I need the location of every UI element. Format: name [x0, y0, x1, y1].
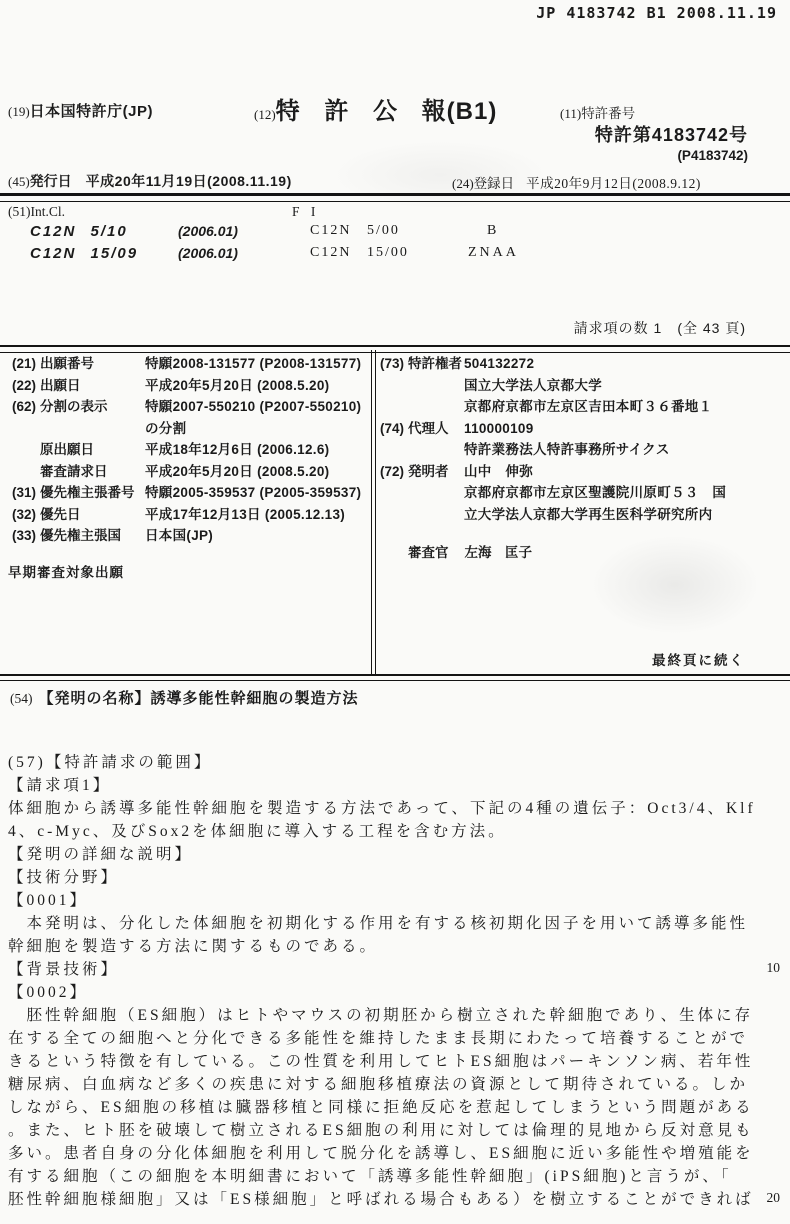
patent-number: 特許第4183742号 [595, 121, 748, 147]
body-line: 体細胞から誘導多能性幹細胞を製造する方法であって、下記の4種の遺伝子：Oct3/… [8, 796, 782, 819]
bib-value: 特許業務法人特許事務所サイクス [464, 439, 670, 461]
body-line: 【発明の詳細な説明】 [8, 842, 782, 865]
inid-22: (22) [12, 378, 36, 393]
body-line: 。また、ヒト胚を破壊して樹立されるES細胞の利用に対しては倫理的見地から反対意見… [8, 1118, 782, 1141]
bib-label: 特許権者 [408, 356, 462, 371]
body-line: 糖尿病、白血病など多くの疾患に対する細胞移植療法の資源として期待されている。しか [8, 1072, 782, 1095]
bib-value: 京都府京都市左京区聖護院川原町５３ 国 [464, 482, 726, 504]
bib-row: 審査請求日 平成20年5月20日 (2008.5.20) [12, 461, 364, 483]
bib-label: 優先権主張国 [40, 528, 121, 543]
patent-number-label: 特許番号 [581, 106, 635, 121]
bibliography-bottom-rule [0, 674, 790, 681]
bib-label: 優先権主張番号 [40, 485, 135, 500]
bib-value: 立大学法人京都大学再生医科学研究所内 [464, 504, 712, 526]
body-line: しながら、ES細胞の移植は臓器移植と同様に拒絶反応を惹起してしまうという問題があ… [8, 1095, 782, 1118]
bib-row: 立大学法人京都大学再生医科学研究所内 [380, 504, 782, 526]
continued-on-last-page-note: 最終頁に続く [652, 649, 745, 669]
body-line: 【0001】 [8, 888, 782, 911]
expedited-examination-note: 早期審査対象出願 [8, 561, 124, 581]
bibliography-column-divider [371, 350, 376, 674]
bib-row: (62)分割の表示 特願2007-550210 (P2007-550210) [12, 396, 364, 418]
inid-24: (24) [452, 176, 474, 191]
body-line: 有する細胞（この細胞を本明細書において「誘導多能性幹細胞」(iPS細胞)と言うが… [8, 1164, 782, 1187]
registration-date-row: (24)登録日平成20年9月12日(2008.9.12) [452, 172, 701, 192]
header-divider-rule [0, 193, 790, 202]
inid-33: (33) [12, 528, 36, 543]
bib-row: (72)発明者 山中 伸弥 [380, 461, 782, 483]
line-number: 20 [767, 1190, 781, 1206]
bib-value: 特願2008-131577 (P2008-131577) [145, 353, 361, 375]
inid-74: (74) [380, 421, 404, 436]
bib-label: 優先日 [40, 507, 81, 522]
bib-row: (33)優先権主張国 日本国(JP) [12, 525, 364, 547]
bib-row: 国立大学法人京都大学 [380, 375, 782, 397]
body-line: 幹細胞を製造する方法に関するものである。 [8, 934, 782, 957]
bib-value: 平成18年12月6日 (2006.12.6) [145, 439, 329, 461]
body-line: 胚性幹細胞様細胞」又は「ES様細胞」と呼ばれる場合もある）を樹立することができれ… [8, 1187, 782, 1210]
registration-date-label: 登録日 [474, 176, 515, 191]
patent-number-paren: (P4183742) [677, 148, 748, 163]
bib-row: 京都府京都市左京区聖護院川原町５３ 国 [380, 482, 782, 504]
specification-body: (57)【特許請求の範囲】 【請求項1】 体細胞から誘導多能性幹細胞を製造する方… [8, 750, 782, 1210]
inid-21: (21) [12, 356, 36, 371]
int-cl-label: (51)Int.Cl. [8, 204, 65, 220]
body-line: 【請求項1】 [8, 773, 782, 796]
classification-row: C12N 5/10 (2006.01) C12N 5/00 B [0, 223, 790, 243]
inid-11: (11) [560, 106, 581, 121]
ipc-code: C12N 5/10 [30, 223, 128, 240]
bib-value: 平成17年12月13日 (2005.12.13) [145, 504, 345, 526]
bibliography-top-rule [0, 345, 790, 353]
body-line: 【背景技術】10 [8, 957, 782, 980]
invention-title-row: (54)【発明の名称】誘導多能性幹細胞の製造方法 [10, 687, 359, 708]
invention-title: 【発明の名称】誘導多能性幹細胞の製造方法 [39, 690, 359, 707]
ipc-version: (2006.01) [178, 223, 238, 239]
body-line: 本発明は、分化した体細胞を初期化する作用を有する核初期化因子を用いて誘導多能性 [8, 911, 782, 934]
inid-72: (72) [380, 464, 404, 479]
inid-73: (73) [380, 356, 404, 371]
bib-value: 京都府京都市左京区吉田本町３６番地１ [464, 396, 712, 418]
scan-artifact [590, 535, 760, 635]
body-line: 【技術分野】 [8, 865, 782, 888]
body-line: 胚性幹細胞（ES細胞）はヒトやマウスの初期胚から樹立された幹細胞であり、生体に存 [8, 1003, 782, 1026]
bib-value: 平成20年5月20日 (2008.5.20) [145, 461, 329, 483]
patent-number-heading: (11)特許番号 [560, 102, 635, 122]
patent-office: (19)日本国特許庁(JP) [8, 100, 153, 121]
bib-row: (31)優先権主張番号 特願2005-359537 (P2005-359537) [12, 482, 364, 504]
bib-row: 京都府京都市左京区吉田本町３６番地１ [380, 396, 782, 418]
bib-label: 原出願日 [40, 442, 94, 457]
examiner-label: 審査官 [408, 545, 449, 560]
bib-row: の分割 [12, 418, 364, 440]
issue-date-row: (45)発行日平成20年11月19日(2008.11.19) [8, 171, 292, 191]
bib-value: の分割 [145, 418, 186, 440]
fi-code: C12N 15/00 [310, 245, 409, 261]
inid-19: (19) [8, 104, 30, 119]
bib-row: 特許業務法人特許事務所サイクス [380, 439, 782, 461]
classification-row: C12N 15/09 (2006.01) C12N 15/00 ZNAA [0, 245, 790, 265]
line-number: 10 [767, 960, 781, 976]
fi-label: F I [292, 204, 319, 220]
bib-value: 特願2007-550210 (P2007-550210) [145, 396, 361, 418]
fi-code: C12N 5/00 [310, 223, 400, 239]
body-line: 4、c-Myc、及びSox2を体細胞に導入する工程を含む方法。 [8, 819, 782, 842]
bib-value: 特願2005-359537 (P2005-359537) [145, 482, 361, 504]
bib-value: 504132272 [464, 353, 534, 375]
body-line: きるという特徴を有している。この性質を利用してヒトES細胞はパーキンソン病、若年… [8, 1049, 782, 1072]
bib-label: 発明者 [408, 464, 449, 479]
bib-label: 出願日 [40, 378, 81, 393]
bib-row: (22)出願日 平成20年5月20日 (2008.5.20) [12, 375, 364, 397]
inid-31: (31) [12, 485, 36, 500]
inid-32: (32) [12, 507, 36, 522]
bib-row: 原出願日 平成18年12月6日 (2006.12.6) [12, 439, 364, 461]
bibliography-right-column: (73)特許権者 504132272 国立大学法人京都大学 京都府京都市左京区吉… [380, 353, 782, 525]
bib-label: 出願番号 [40, 356, 94, 371]
fi-subcode: ZNAA [468, 245, 519, 261]
issue-date: 平成20年11月19日(2008.11.19) [86, 173, 292, 189]
registration-date: 平成20年9月12日(2008.9.12) [526, 176, 701, 191]
bib-row: (32)優先日 平成17年12月13日 (2005.12.13) [12, 504, 364, 526]
gazette-heading: (12)特 許 公 報(B1) [254, 91, 497, 126]
gazette-title: 特 許 公 報(B1) [276, 98, 498, 125]
bib-label: 審査請求日 [40, 464, 108, 479]
fi-subcode: B [487, 223, 499, 239]
claims-count-note: 請求項の数 1 (全 43 頁) [574, 318, 746, 338]
bib-value: 国立大学法人京都大学 [464, 375, 602, 397]
bib-label: 分割の表示 [40, 399, 108, 414]
body-line: 【0002】 [8, 980, 782, 1003]
office-name: 日本国特許庁(JP) [30, 103, 153, 120]
ipc-code: C12N 15/09 [30, 245, 138, 262]
bib-value: 日本国(JP) [145, 525, 213, 547]
bib-value: 平成20年5月20日 (2008.5.20) [145, 375, 329, 397]
examiner-row: 審査官左海 匡子 [408, 541, 532, 561]
inid-45: (45) [8, 174, 30, 189]
body-line: 多い。患者自身の分化体細胞を利用して脱分化を誘導し、ES細胞に近い多能性や増殖能… [8, 1141, 782, 1164]
bib-value: 山中 伸弥 [464, 461, 533, 483]
bibliography-left-column: (21)出願番号 特願2008-131577 (P2008-131577) (2… [12, 353, 364, 547]
inid-62: (62) [12, 399, 36, 414]
examiner-name: 左海 匡子 [465, 545, 533, 560]
issue-date-label: 発行日 [30, 173, 72, 189]
body-line: (57)【特許請求の範囲】 [8, 750, 782, 773]
bib-value: 110000109 [464, 418, 534, 440]
bib-row: (21)出願番号 特願2008-131577 (P2008-131577) [12, 353, 364, 375]
bib-row: (74)代理人 110000109 [380, 418, 782, 440]
ipc-version: (2006.01) [178, 245, 238, 261]
body-line: 在する全ての細胞へと分化できる多能性を維持したまま長期にわたって培養することがで [8, 1026, 782, 1049]
bib-label: 代理人 [408, 421, 449, 436]
bib-row: (73)特許権者 504132272 [380, 353, 782, 375]
inid-12: (12) [254, 107, 276, 122]
document-reference: JP 4183742 B1 2008.11.19 [536, 4, 777, 22]
patent-gazette-page: JP 4183742 B1 2008.11.19 (19)日本国特許庁(JP) … [0, 0, 790, 1224]
inid-54: (54) [10, 691, 33, 706]
